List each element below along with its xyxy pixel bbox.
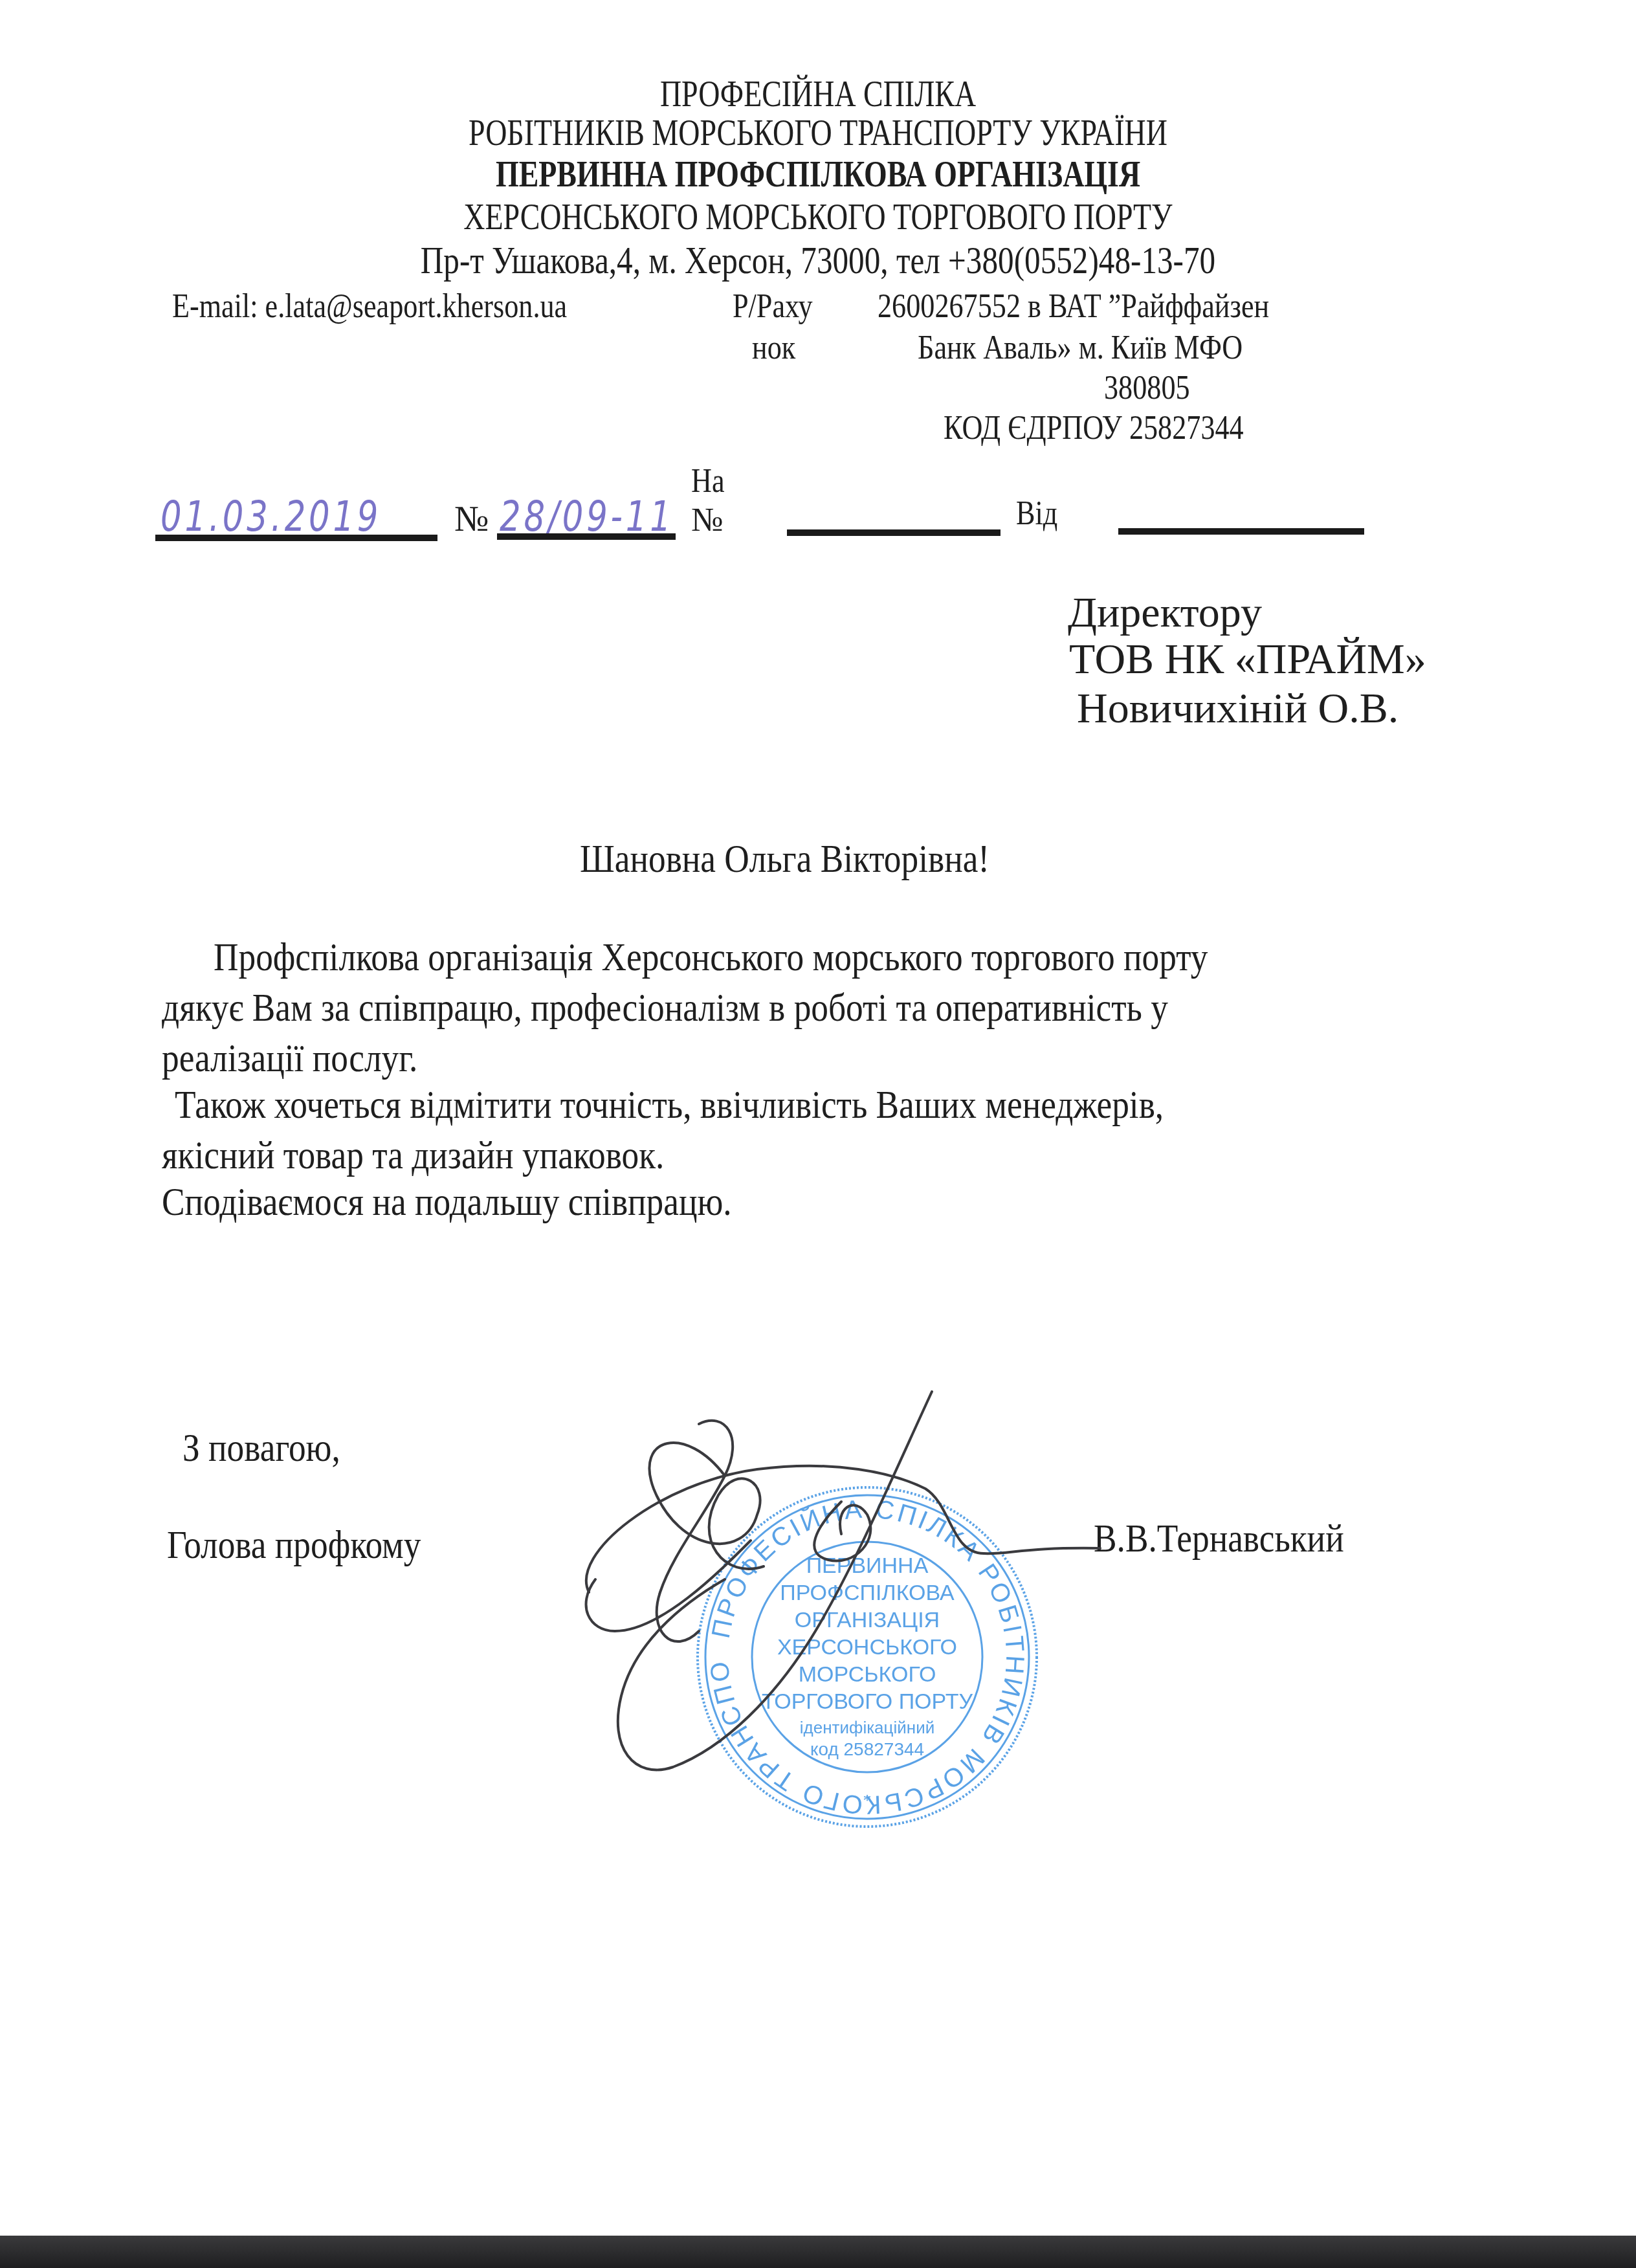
body-paragraph-2-line-1: Також хочеться відмітити точність, ввічл… xyxy=(175,1085,1164,1125)
number-sign: № xyxy=(454,498,489,540)
account-label: Р/Раху xyxy=(733,290,813,324)
letterhead-address: Пр-т Ушакова,4, м. Херсон, 73000, тел +3… xyxy=(148,241,1489,280)
from-label: Від xyxy=(1016,495,1057,533)
closing-regards: З повагою, xyxy=(182,1428,340,1468)
reply-number-underline xyxy=(787,529,1000,536)
body-paragraph-2-line-2: якісний товар та дизайн упаковок. xyxy=(162,1135,664,1175)
body-paragraph-1-line-1: Профспілкова організація Херсонського мо… xyxy=(214,937,1208,977)
recipient-name: Новичихіній О.В. xyxy=(1077,687,1398,730)
signatory-name: В.В.Тернавський xyxy=(1094,1518,1344,1559)
reply-to-label: На xyxy=(691,462,725,500)
bank-details-line1: 2600267552 в ВАТ ”Райффайзен xyxy=(878,290,1269,324)
letterhead-email: E-mail: e.lata@seaport.kherson.ua xyxy=(172,290,567,324)
recipient-position: Директору xyxy=(1068,592,1262,634)
reply-number-sign: № xyxy=(691,501,724,539)
bank-mfo: 380805 xyxy=(1104,372,1190,405)
letterhead-org-title: ПЕРВИННА ПРОФСПІЛКОВА ОРГАНІЗАЦІЯ xyxy=(148,157,1489,193)
recipient-company: ТОВ НК «ПРАЙМ» xyxy=(1069,638,1426,681)
handwritten-signature xyxy=(531,1385,1113,1786)
scan-border-bottom xyxy=(0,2236,1636,2268)
body-paragraph-3: Сподіваємося на подальшу співпрацю. xyxy=(162,1182,732,1222)
body-paragraph-1-line-2: дякує Вам за співпрацю, професіоналізм в… xyxy=(162,988,1168,1028)
from-date-underline xyxy=(1118,528,1364,535)
letterhead-port-name: ХЕРСОНСЬКОГО МОРСЬКОГО ТОРГОВОГО ПОРТУ xyxy=(148,199,1489,236)
letterhead-union-subtitle: РОБІТНИКІВ МОРСЬКОГО ТРАНСПОРТУ УКРАЇНИ xyxy=(148,115,1489,151)
bank-details-line2: Банк Аваль» м. Київ МФО xyxy=(918,331,1243,365)
date-underline xyxy=(155,535,437,541)
stamp-star-icon: * xyxy=(863,1791,872,1810)
outgoing-date: 01.03.2019 xyxy=(160,493,381,541)
letterhead-union-name: ПРОФЕСІЙНА СПІЛКА xyxy=(148,76,1489,113)
account-label-cont: нок xyxy=(752,331,795,365)
number-underline xyxy=(497,533,676,540)
edrpou-code: КОД ЄДРПОУ 25827344 xyxy=(944,412,1244,445)
body-paragraph-1-line-3: реалізації послуг. xyxy=(162,1038,417,1078)
salutation: Шановна Ольга Вікторівна! xyxy=(580,839,989,879)
signatory-position: Голова профкому xyxy=(167,1525,421,1565)
